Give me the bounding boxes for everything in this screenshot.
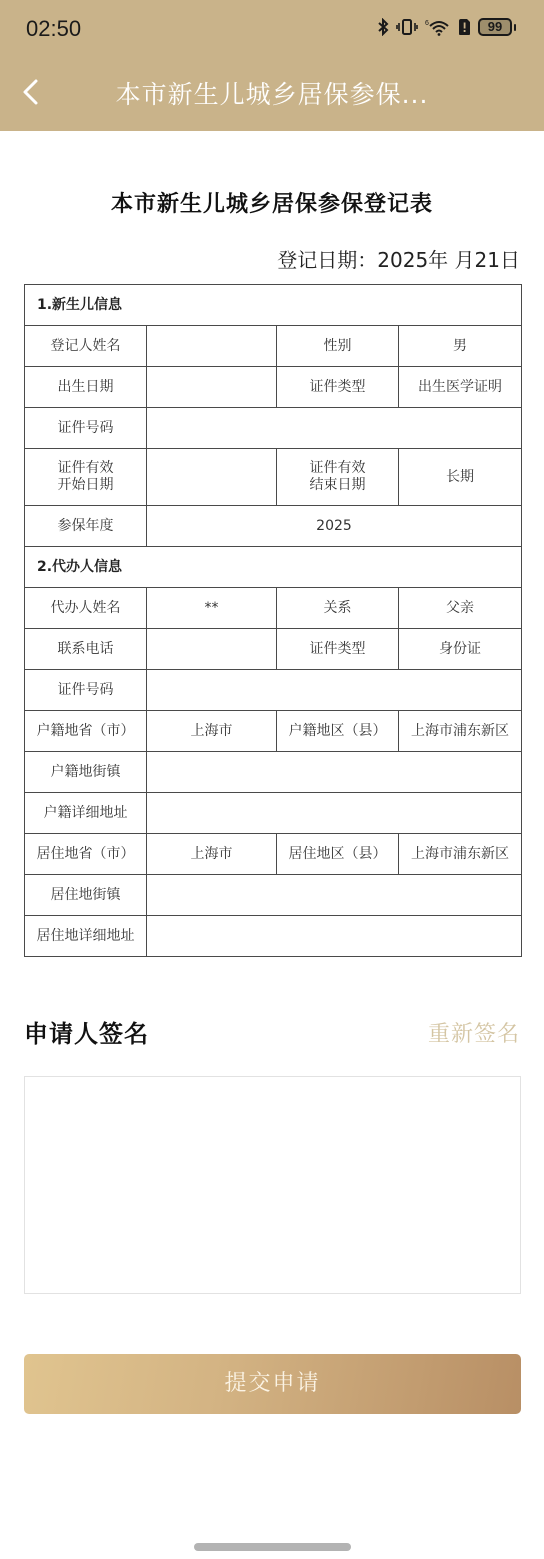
table-row: 登记人姓名 性别 男	[25, 326, 522, 367]
field-label: 性别	[277, 326, 399, 367]
resign-button[interactable]: 重新签名	[428, 1017, 520, 1048]
agent-id-number-value	[147, 670, 522, 711]
registration-date: 登记日期：2025年 月21日	[277, 244, 520, 273]
agent-id-type-value: 身份证	[399, 629, 522, 670]
newborn-id-number-value	[147, 408, 522, 449]
field-label: 户籍地街镇	[25, 752, 147, 793]
field-label: 代办人姓名	[25, 588, 147, 629]
field-label: 证件类型	[277, 629, 399, 670]
table-row: 户籍地街镇	[25, 752, 522, 793]
sim-alert-icon	[458, 18, 471, 36]
home-indicator[interactable]	[194, 1543, 351, 1551]
table-row: 出生日期 证件类型 出生医学证明	[25, 367, 522, 408]
registration-table: 1.新生儿信息 登记人姓名 性别 男 出生日期 证件类型 出生医学证明 证件号码…	[24, 284, 522, 957]
field-label: 参保年度	[25, 506, 147, 547]
field-label: 证件有效结束日期	[277, 449, 399, 506]
wifi-6-icon: 6	[425, 18, 451, 36]
hukou-province-value: 上海市	[147, 711, 277, 752]
field-label: 户籍详细地址	[25, 793, 147, 834]
field-label: 居住地省（市）	[25, 834, 147, 875]
field-label: 关系	[277, 588, 399, 629]
section-header-row: 1.新生儿信息	[25, 285, 522, 326]
hukou-address-value	[147, 793, 522, 834]
field-label: 居住地街镇	[25, 875, 147, 916]
field-label: 证件类型	[277, 367, 399, 408]
vibrate-icon	[396, 18, 418, 36]
bluetooth-icon	[377, 18, 389, 36]
table-row: 联系电话 证件类型 身份证	[25, 629, 522, 670]
birth-date-value	[147, 367, 277, 408]
section-header-row: 2.代办人信息	[25, 547, 522, 588]
table-row: 户籍详细地址	[25, 793, 522, 834]
app-header: 02:50 6 99 本市新生儿城乡居保参保...	[0, 0, 544, 131]
field-label: 居住地详细地址	[25, 916, 147, 957]
section-heading-newborn: 1.新生儿信息	[25, 285, 522, 326]
svg-text:6: 6	[425, 20, 429, 27]
gender-value: 男	[399, 326, 522, 367]
table-row: 证件有效开始日期 证件有效结束日期 长期	[25, 449, 522, 506]
signature-label: 申请人签名	[24, 1014, 149, 1049]
submit-button[interactable]: 提交申请	[24, 1354, 521, 1414]
registrant-name-value	[147, 326, 277, 367]
valid-start-value	[147, 449, 277, 506]
battery-icon: 99	[478, 18, 516, 36]
residence-street-value	[147, 875, 522, 916]
page-title: 本市新生儿城乡居保参保...	[0, 75, 544, 111]
field-label: 居住地区（县）	[277, 834, 399, 875]
status-icons: 6 99	[377, 18, 516, 36]
section-heading-agent: 2.代办人信息	[25, 547, 522, 588]
residence-district-value: 上海市浦东新区	[399, 834, 522, 875]
form-title: 本市新生儿城乡居保参保登记表	[0, 187, 544, 218]
residence-address-value	[147, 916, 522, 957]
field-label: 联系电话	[25, 629, 147, 670]
hukou-district-value: 上海市浦东新区	[399, 711, 522, 752]
newborn-id-type-value: 出生医学证明	[399, 367, 522, 408]
field-label: 出生日期	[25, 367, 147, 408]
phone-value	[147, 629, 277, 670]
residence-province-value: 上海市	[147, 834, 277, 875]
table-row: 居住地详细地址	[25, 916, 522, 957]
insured-year-value: 2025	[147, 506, 522, 547]
field-label: 证件有效开始日期	[25, 449, 147, 506]
table-row: 参保年度 2025	[25, 506, 522, 547]
table-row: 代办人姓名 ** 关系 父亲	[25, 588, 522, 629]
relation-value: 父亲	[399, 588, 522, 629]
table-row: 居住地街镇	[25, 875, 522, 916]
table-row: 居住地省（市） 上海市 居住地区（县） 上海市浦东新区	[25, 834, 522, 875]
table-row: 证件号码	[25, 670, 522, 711]
hukou-street-value	[147, 752, 522, 793]
field-label: 登记人姓名	[25, 326, 147, 367]
field-label: 证件号码	[25, 670, 147, 711]
battery-level: 99	[478, 18, 512, 36]
signature-pad[interactable]	[24, 1076, 521, 1294]
table-row: 户籍地省（市） 上海市 户籍地区（县） 上海市浦东新区	[25, 711, 522, 752]
agent-name-value: **	[147, 588, 277, 629]
table-row: 证件号码	[25, 408, 522, 449]
field-label: 户籍地省（市）	[25, 711, 147, 752]
field-label: 证件号码	[25, 408, 147, 449]
field-label: 户籍地区（县）	[277, 711, 399, 752]
valid-end-value: 长期	[399, 449, 522, 506]
status-time: 02:50	[26, 16, 81, 42]
